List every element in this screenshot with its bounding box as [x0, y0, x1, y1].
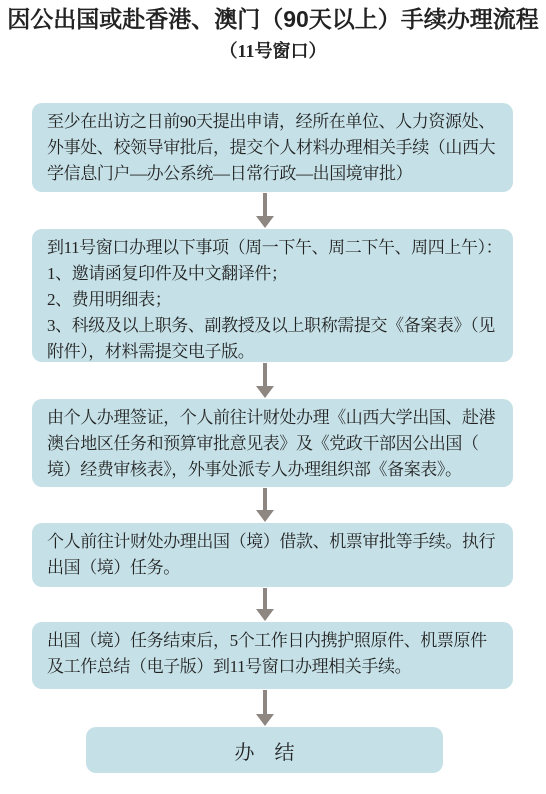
flow-step-1: 至少在出访之日前90天提出申请，经所在单位、人力资源处、 外事处、校领导审批后，…: [32, 103, 513, 192]
arrow-stem: [263, 588, 267, 609]
page-title: 因公出国或赴香港、澳门（90天以上）手续办理流程: [0, 4, 546, 34]
arrow-head: [256, 714, 274, 726]
flow-end-label: 办 结: [235, 736, 295, 765]
flow-step-3-text: 由个人办理签证，个人前往计财处办理《山西大学出国、赴港 澳台地区任务和预算审批意…: [47, 405, 504, 483]
flow-step-3: 由个人办理签证，个人前往计财处办理《山西大学出国、赴港 澳台地区任务和预算审批意…: [32, 399, 513, 487]
flow-step-2-text: 到11号窗口办理以下事项（周一下午、周二下午、周四上午）： 1、邀请函复印件及中…: [47, 235, 504, 362]
arrow-stem: [263, 363, 267, 386]
arrow-down-icon: [256, 363, 274, 398]
arrow-head: [256, 386, 274, 398]
arrow-head: [256, 609, 274, 621]
arrow-down-icon: [256, 193, 274, 228]
arrow-head: [256, 510, 274, 522]
flow-step-2: 到11号窗口办理以下事项（周一下午、周二下午、周四上午）： 1、邀请函复印件及中…: [32, 229, 513, 362]
flow-step-5-text: 出国（境）任务结束后，5个工作日内携护照原件、机票原件 及工作总结（电子版）到1…: [47, 628, 504, 680]
flow-step-4-text: 个人前往计财处办理出国（境）借款、机票审批等手续。执行 出国（境）任务。: [47, 529, 504, 581]
flow-step-1-text: 至少在出访之日前90天提出申请，经所在单位、人力资源处、 外事处、校领导审批后，…: [47, 109, 504, 187]
page-subtitle: （11号窗口）: [0, 38, 546, 64]
arrow-down-icon: [256, 588, 274, 621]
arrow-stem: [263, 488, 267, 510]
flow-step-5: 出国（境）任务结束后，5个工作日内携护照原件、机票原件 及工作总结（电子版）到1…: [32, 622, 513, 689]
arrow-head: [256, 216, 274, 228]
arrow-down-icon: [256, 488, 274, 522]
flowchart-page: 因公出国或赴香港、澳门（90天以上）手续办理流程 （11号窗口） 至少在出访之日…: [0, 0, 546, 794]
flow-end-box: 办 结: [86, 727, 443, 773]
arrow-stem: [263, 193, 267, 216]
arrow-stem: [263, 690, 267, 714]
flow-step-4: 个人前往计财处办理出国（境）借款、机票审批等手续。执行 出国（境）任务。: [32, 523, 513, 587]
arrow-down-icon: [256, 690, 274, 726]
